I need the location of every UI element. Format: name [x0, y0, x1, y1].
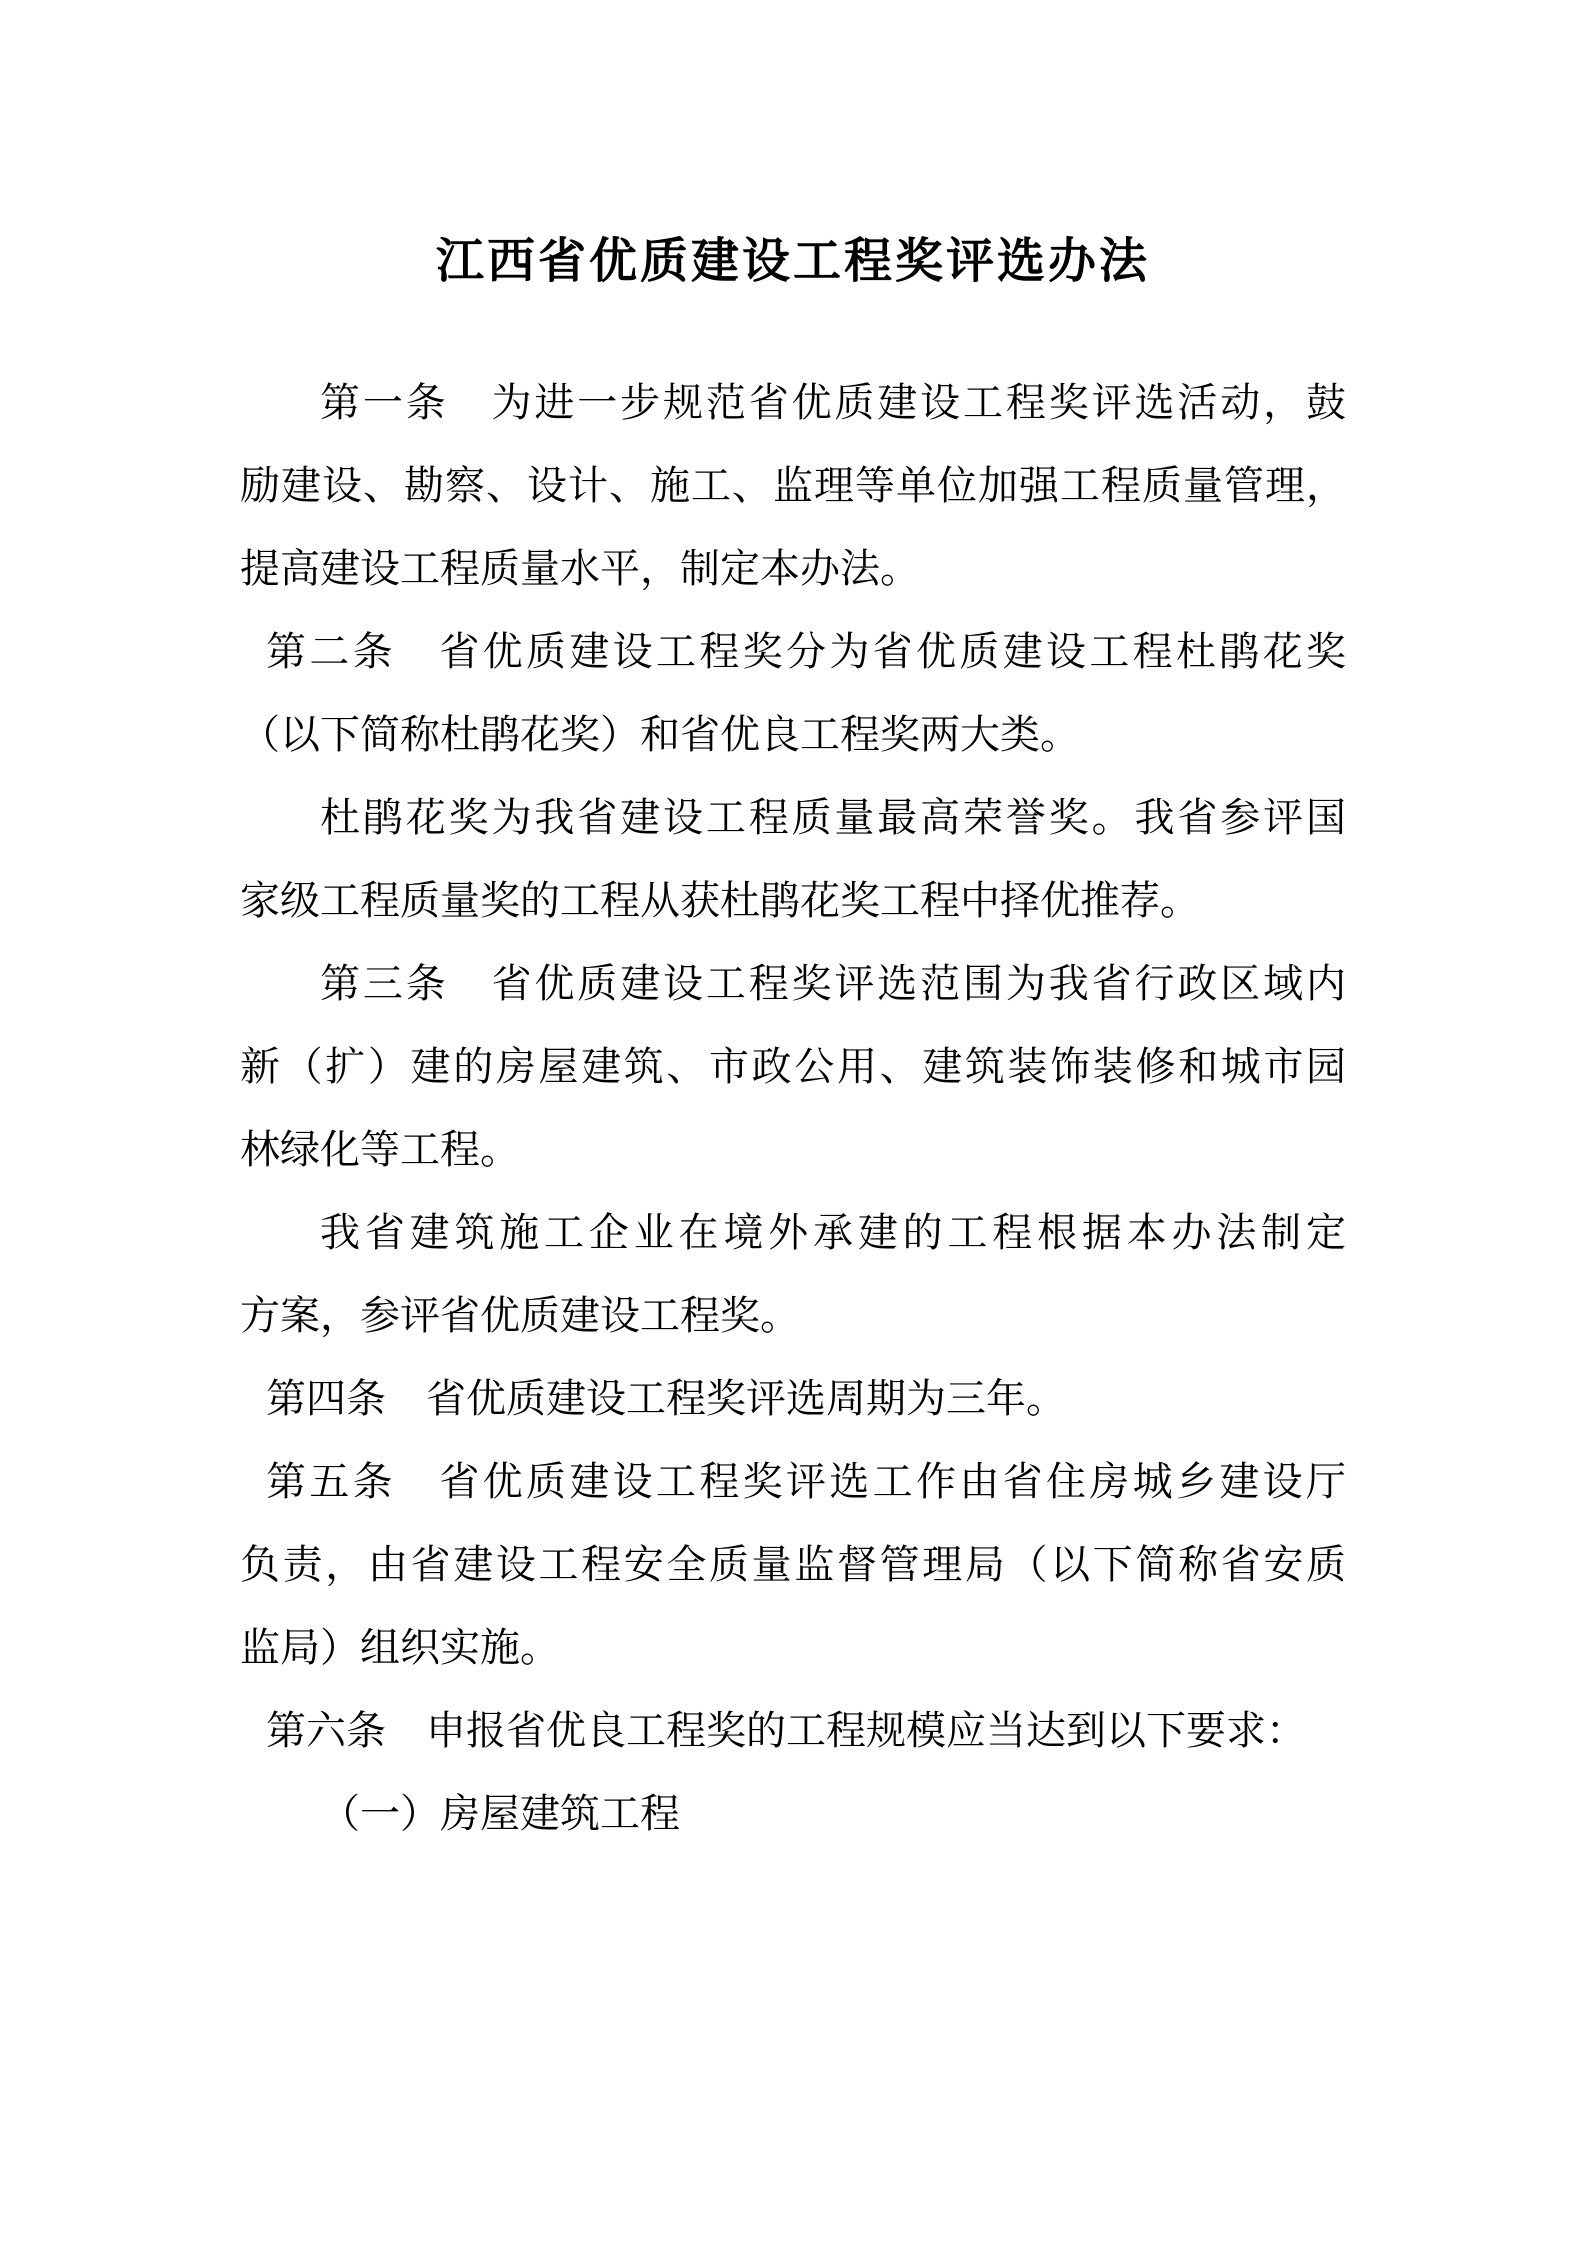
document-page: 江西省优质建设工程奖评选办法 第一条 为进一步规范省优质建设工程奖评选活动，鼓 …: [0, 0, 1586, 2244]
text-line: （以下简称杜鹃花奖）和省优良工程奖两大类。: [240, 693, 1346, 776]
text-line: 第六条 申报省优良工程奖的工程规模应当达到以下要求：: [240, 1689, 1346, 1772]
document-title: 江西省优质建设工程奖评选办法: [240, 232, 1346, 292]
text-line: 新（扩）建的房屋建筑、市政公用、建筑装饰装修和城市园: [240, 1025, 1346, 1108]
text-line: 杜鹃花奖为我省建设工程质量最高荣誉奖。我省参评国: [240, 776, 1346, 859]
document-body: 第一条 为进一步规范省优质建设工程奖评选活动，鼓 励建设、勘察、设计、施工、监理…: [240, 361, 1346, 1855]
text-line: 监局）组织实施。: [240, 1606, 1346, 1689]
text-line: 家级工程质量奖的工程从获杜鹃花奖工程中择优推荐。: [240, 859, 1346, 942]
text-line: 林绿化等工程。: [240, 1108, 1346, 1191]
text-line: 第四条 省优质建设工程奖评选周期为三年。: [240, 1357, 1346, 1440]
text-line: 负责，由省建设工程安全质量监督管理局（以下简称省安质: [240, 1523, 1346, 1606]
text-line: 第三条 省优质建设工程奖评选范围为我省行政区域内: [240, 942, 1346, 1025]
text-line: 第一条 为进一步规范省优质建设工程奖评选活动，鼓: [240, 361, 1346, 444]
text-line: （一）房屋建筑工程: [240, 1772, 1346, 1855]
text-line: 励建设、勘察、设计、施工、监理等单位加强工程质量管理，: [240, 444, 1346, 527]
text-line: 第二条 省优质建设工程奖分为省优质建设工程杜鹃花奖: [240, 610, 1346, 693]
text-line: 第五条 省优质建设工程奖评选工作由省住房城乡建设厅: [240, 1440, 1346, 1523]
text-line: 方案，参评省优质建设工程奖。: [240, 1274, 1346, 1357]
text-line: 我省建筑施工企业在境外承建的工程根据本办法制定: [240, 1191, 1346, 1274]
text-line: 提高建设工程质量水平，制定本办法。: [240, 527, 1346, 610]
